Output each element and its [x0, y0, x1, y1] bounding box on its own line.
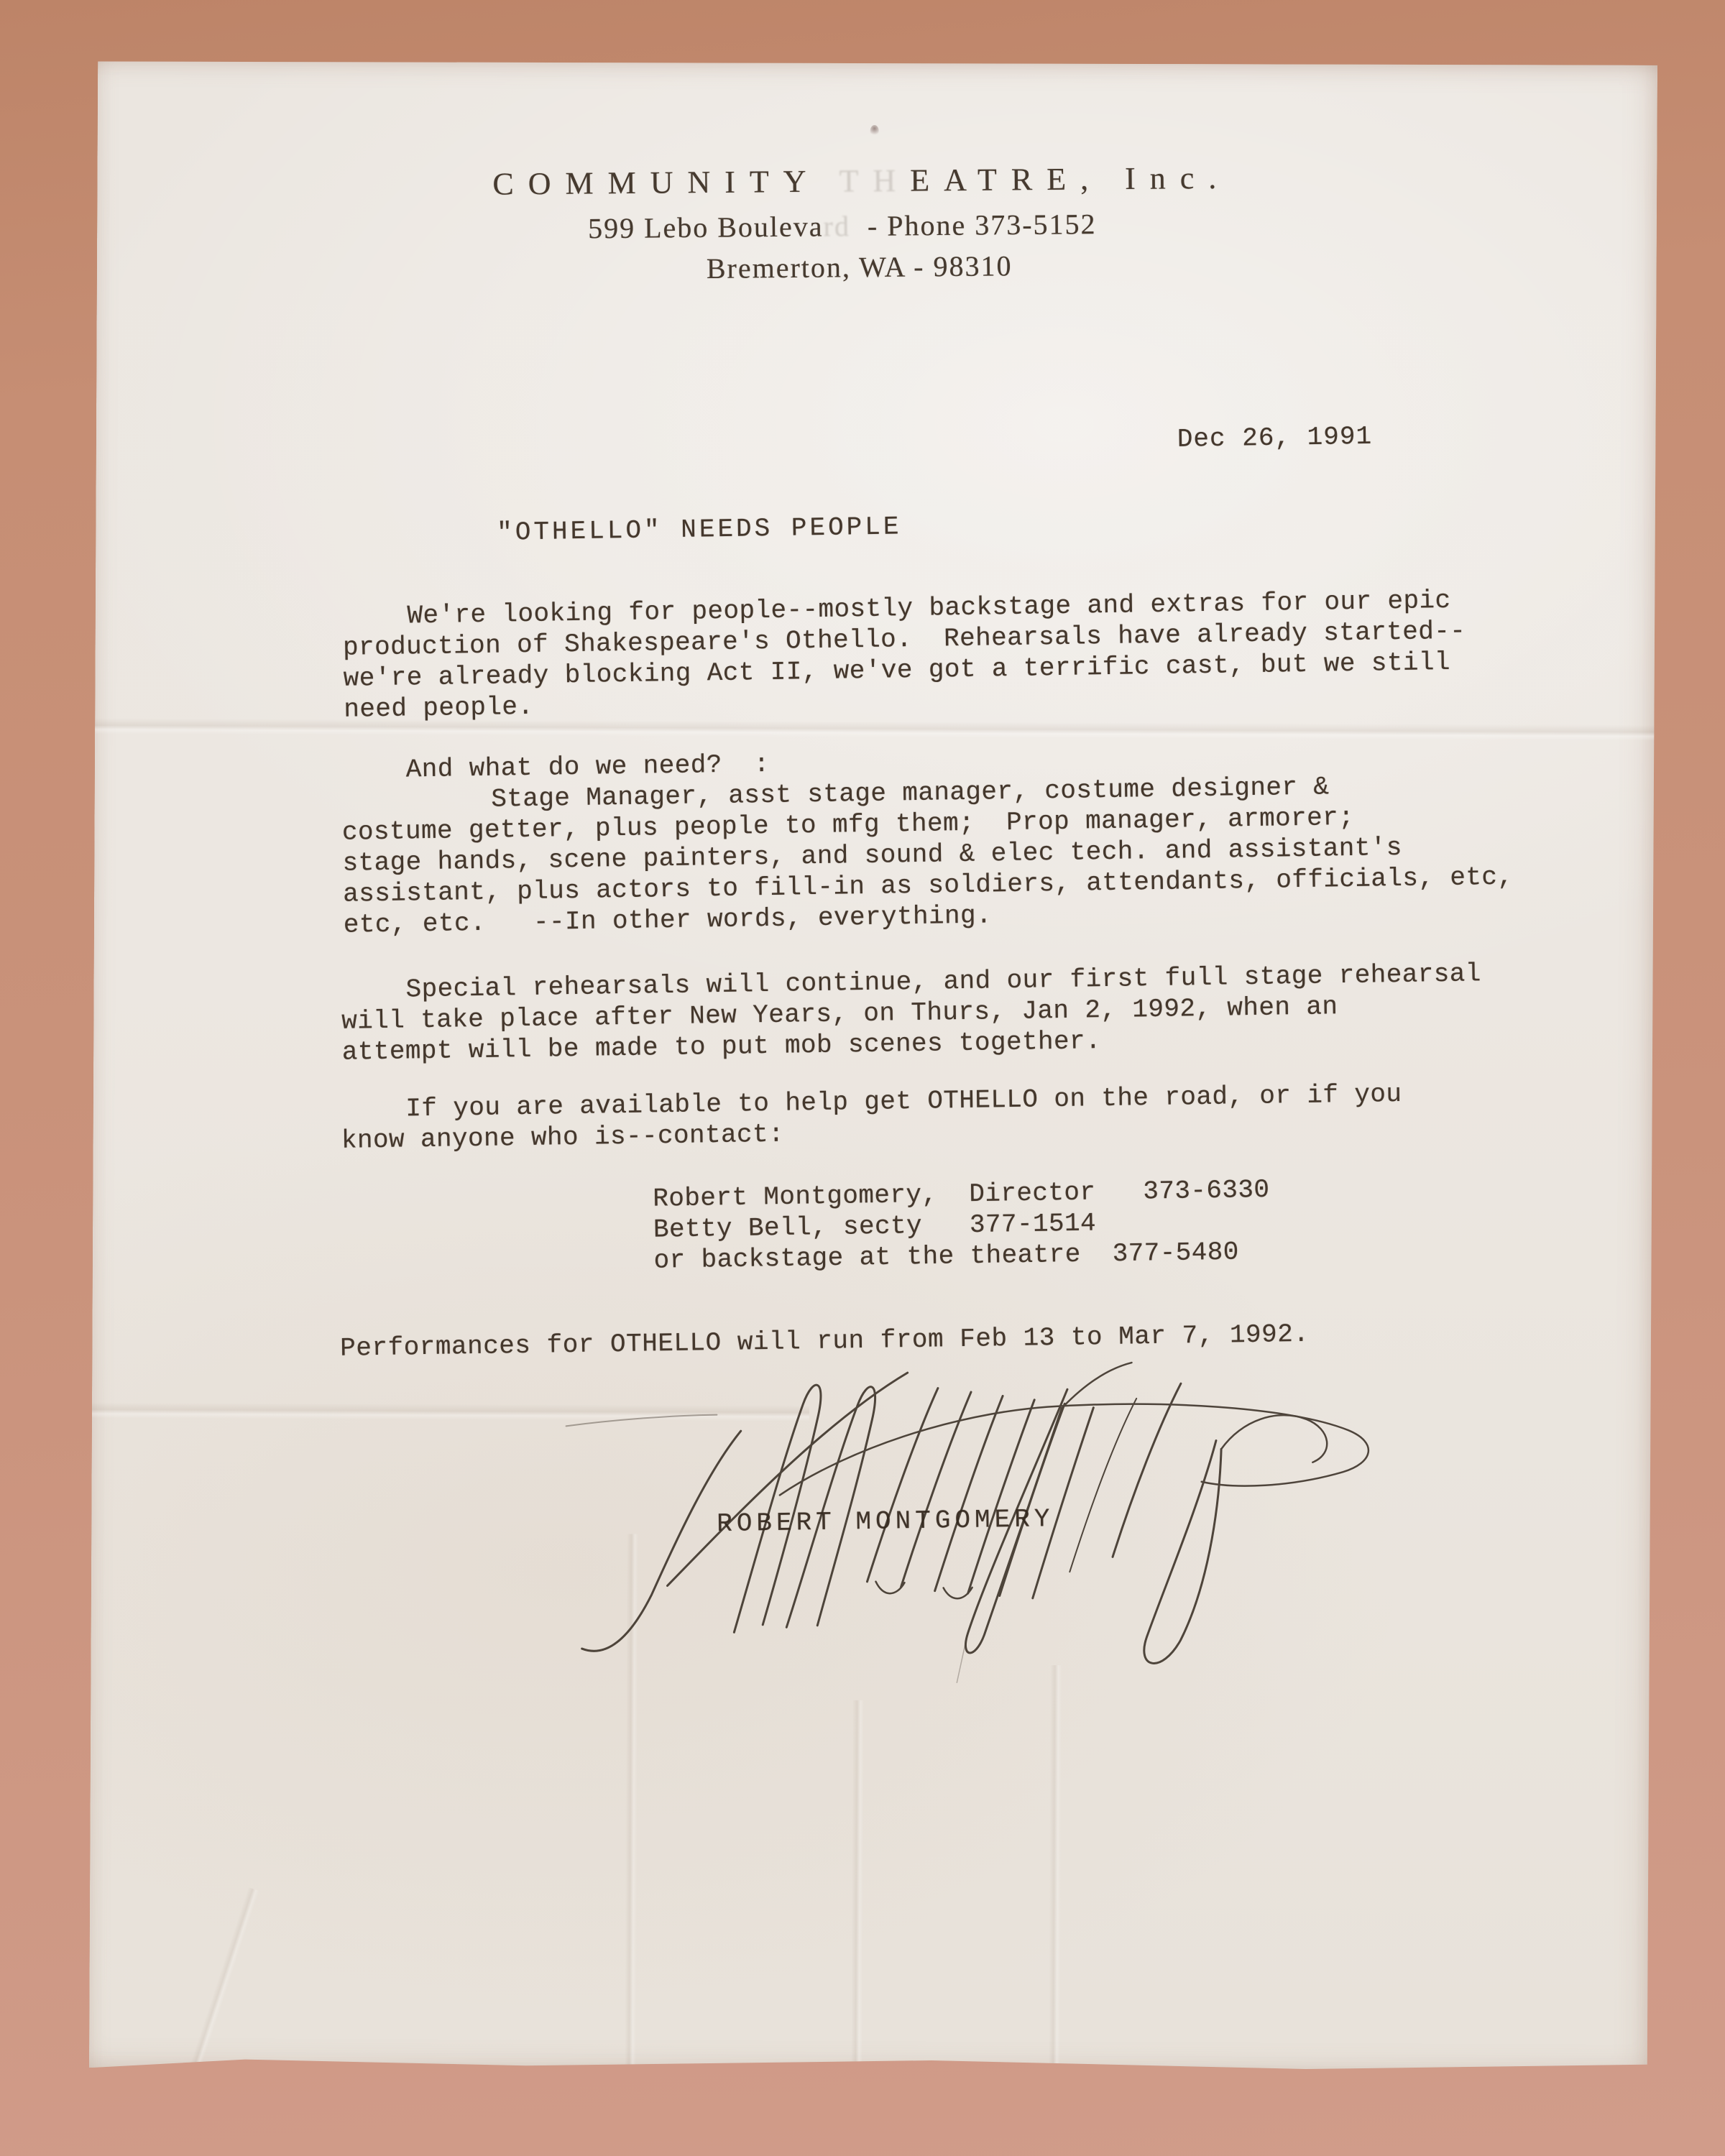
letterhead-address-line: 599 Lebo Boulevard - Phone 373-5152	[588, 208, 1097, 244]
ink-smudge	[870, 125, 879, 137]
letterhead-org-part2: EATRE, Inc.	[910, 160, 1230, 198]
vertical-crease	[190, 1887, 259, 2068]
vertical-crease	[851, 1700, 864, 2074]
letterhead-org-part1: COMMUNITY	[492, 164, 821, 202]
paragraph-4: If you are available to help get OTHELLO…	[341, 1079, 1402, 1156]
letter-page: COMMUNITYTHEATRE, Inc. 599 Lebo Boulevar…	[89, 58, 1657, 2074]
letterhead-address-faded: rd	[823, 210, 850, 242]
signature-scrawl	[563, 1337, 1409, 1693]
letterhead-address-before: 599 Lebo Bouleva	[588, 210, 824, 244]
contact-block: Robert Montgomery, Director 373-6330 Bet…	[653, 1174, 1271, 1276]
letterhead-org-name: COMMUNITYTHEATRE, Inc.	[492, 162, 1230, 200]
subject-line: "OTHELLO" NEEDS PEOPLE	[497, 511, 902, 548]
vertical-crease	[1049, 1665, 1062, 2075]
paragraph-2: And what do we need? : Stage Manager, as…	[341, 738, 1514, 941]
letterhead-address-after: - Phone 373-5152	[850, 208, 1097, 242]
letterhead-city-line: Bremerton, WA - 98310	[707, 250, 1013, 284]
horizontal-fold-crease	[95, 718, 1655, 740]
letterhead-org-faded: TH	[839, 163, 910, 199]
paragraph-3: Special rehearsals will continue, and ou…	[341, 958, 1482, 1068]
date-line: Dec 26, 1991	[1177, 421, 1372, 455]
paragraph-1: We're looking for people--mostly backsta…	[342, 585, 1467, 725]
